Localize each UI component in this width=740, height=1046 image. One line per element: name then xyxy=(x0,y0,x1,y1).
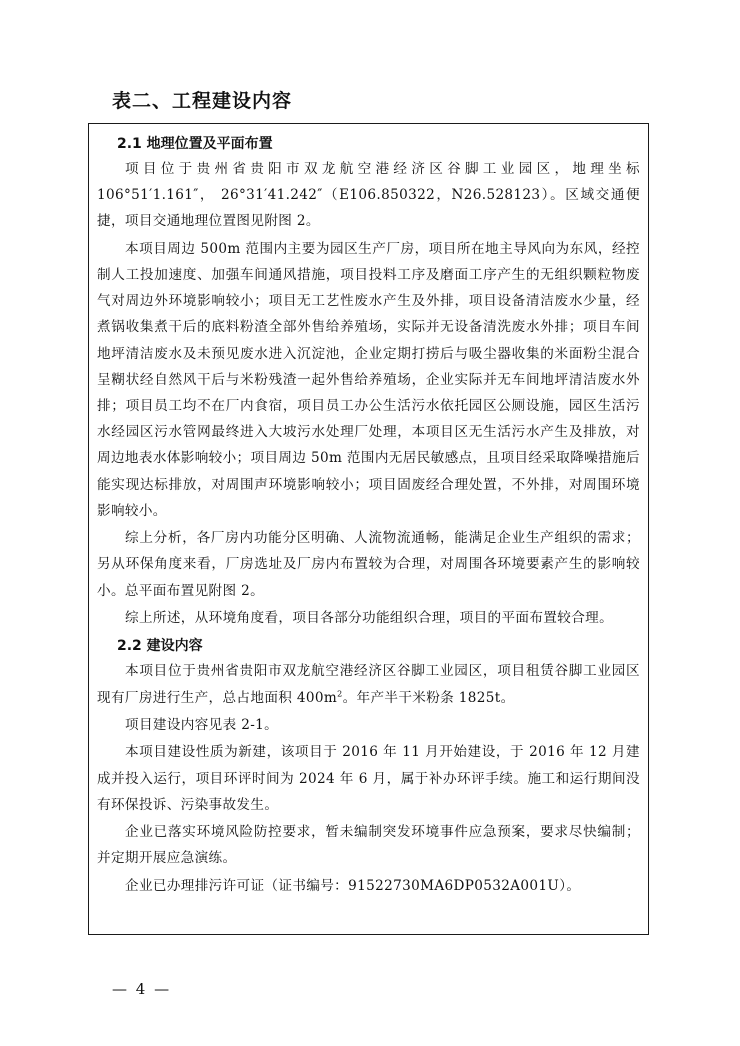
paragraph-risk-control: 企业已落实环境风险防控要求，暂未编制突发环境事件应急预案，要求尽快编制；并定期开… xyxy=(97,819,640,871)
paragraph-layout-analysis: 综上分析，各厂房内功能分区明确、人流物流通畅，能满足企业生产组织的需求；另从环保… xyxy=(97,525,640,604)
paragraph-layout-summary: 综上所述，从环境角度看，项目各部分功能组织合理，项目的平面布置较合理。 xyxy=(97,605,640,631)
page-number: — 4 — xyxy=(112,980,171,998)
subsection-heading-2-2: 2.2 建设内容 xyxy=(97,632,640,658)
content-table-cell: 2.1 地理位置及平面布置 项目位于贵州省贵阳市双龙航空港经济区谷脚工业园区，地… xyxy=(88,123,649,935)
project-output-text: 。年产半干米粉条 1825t。 xyxy=(343,690,515,706)
section-title: 表二、工程建设内容 xyxy=(112,86,292,113)
subsection-heading-2-1: 2.1 地理位置及平面布置 xyxy=(97,130,640,156)
paragraph-table-reference: 项目建设内容见表 2-1。 xyxy=(97,712,640,738)
paragraph-project-scale: 本项目位于贵州省贵阳市双龙航空港经济区谷脚工业园区，项目租赁谷脚工业园区现有厂房… xyxy=(97,658,640,710)
paragraph-location: 项目位于贵州省贵阳市双龙航空港经济区谷脚工业园区，地理坐标 106°51′1.1… xyxy=(97,156,640,235)
paragraph-surroundings: 本项目周边 500m 范围内主要为园区生产厂房，项目所在地主导风向为东风，经控制… xyxy=(97,236,640,524)
paragraph-construction-timeline: 本项目建设性质为新建，该项目于 2016 年 11 月开始建设，于 2016 年… xyxy=(97,739,640,818)
paragraph-discharge-permit: 企业已办理排污许可证（证书编号：91522730MA6DP0532A001U）。 xyxy=(97,873,640,899)
